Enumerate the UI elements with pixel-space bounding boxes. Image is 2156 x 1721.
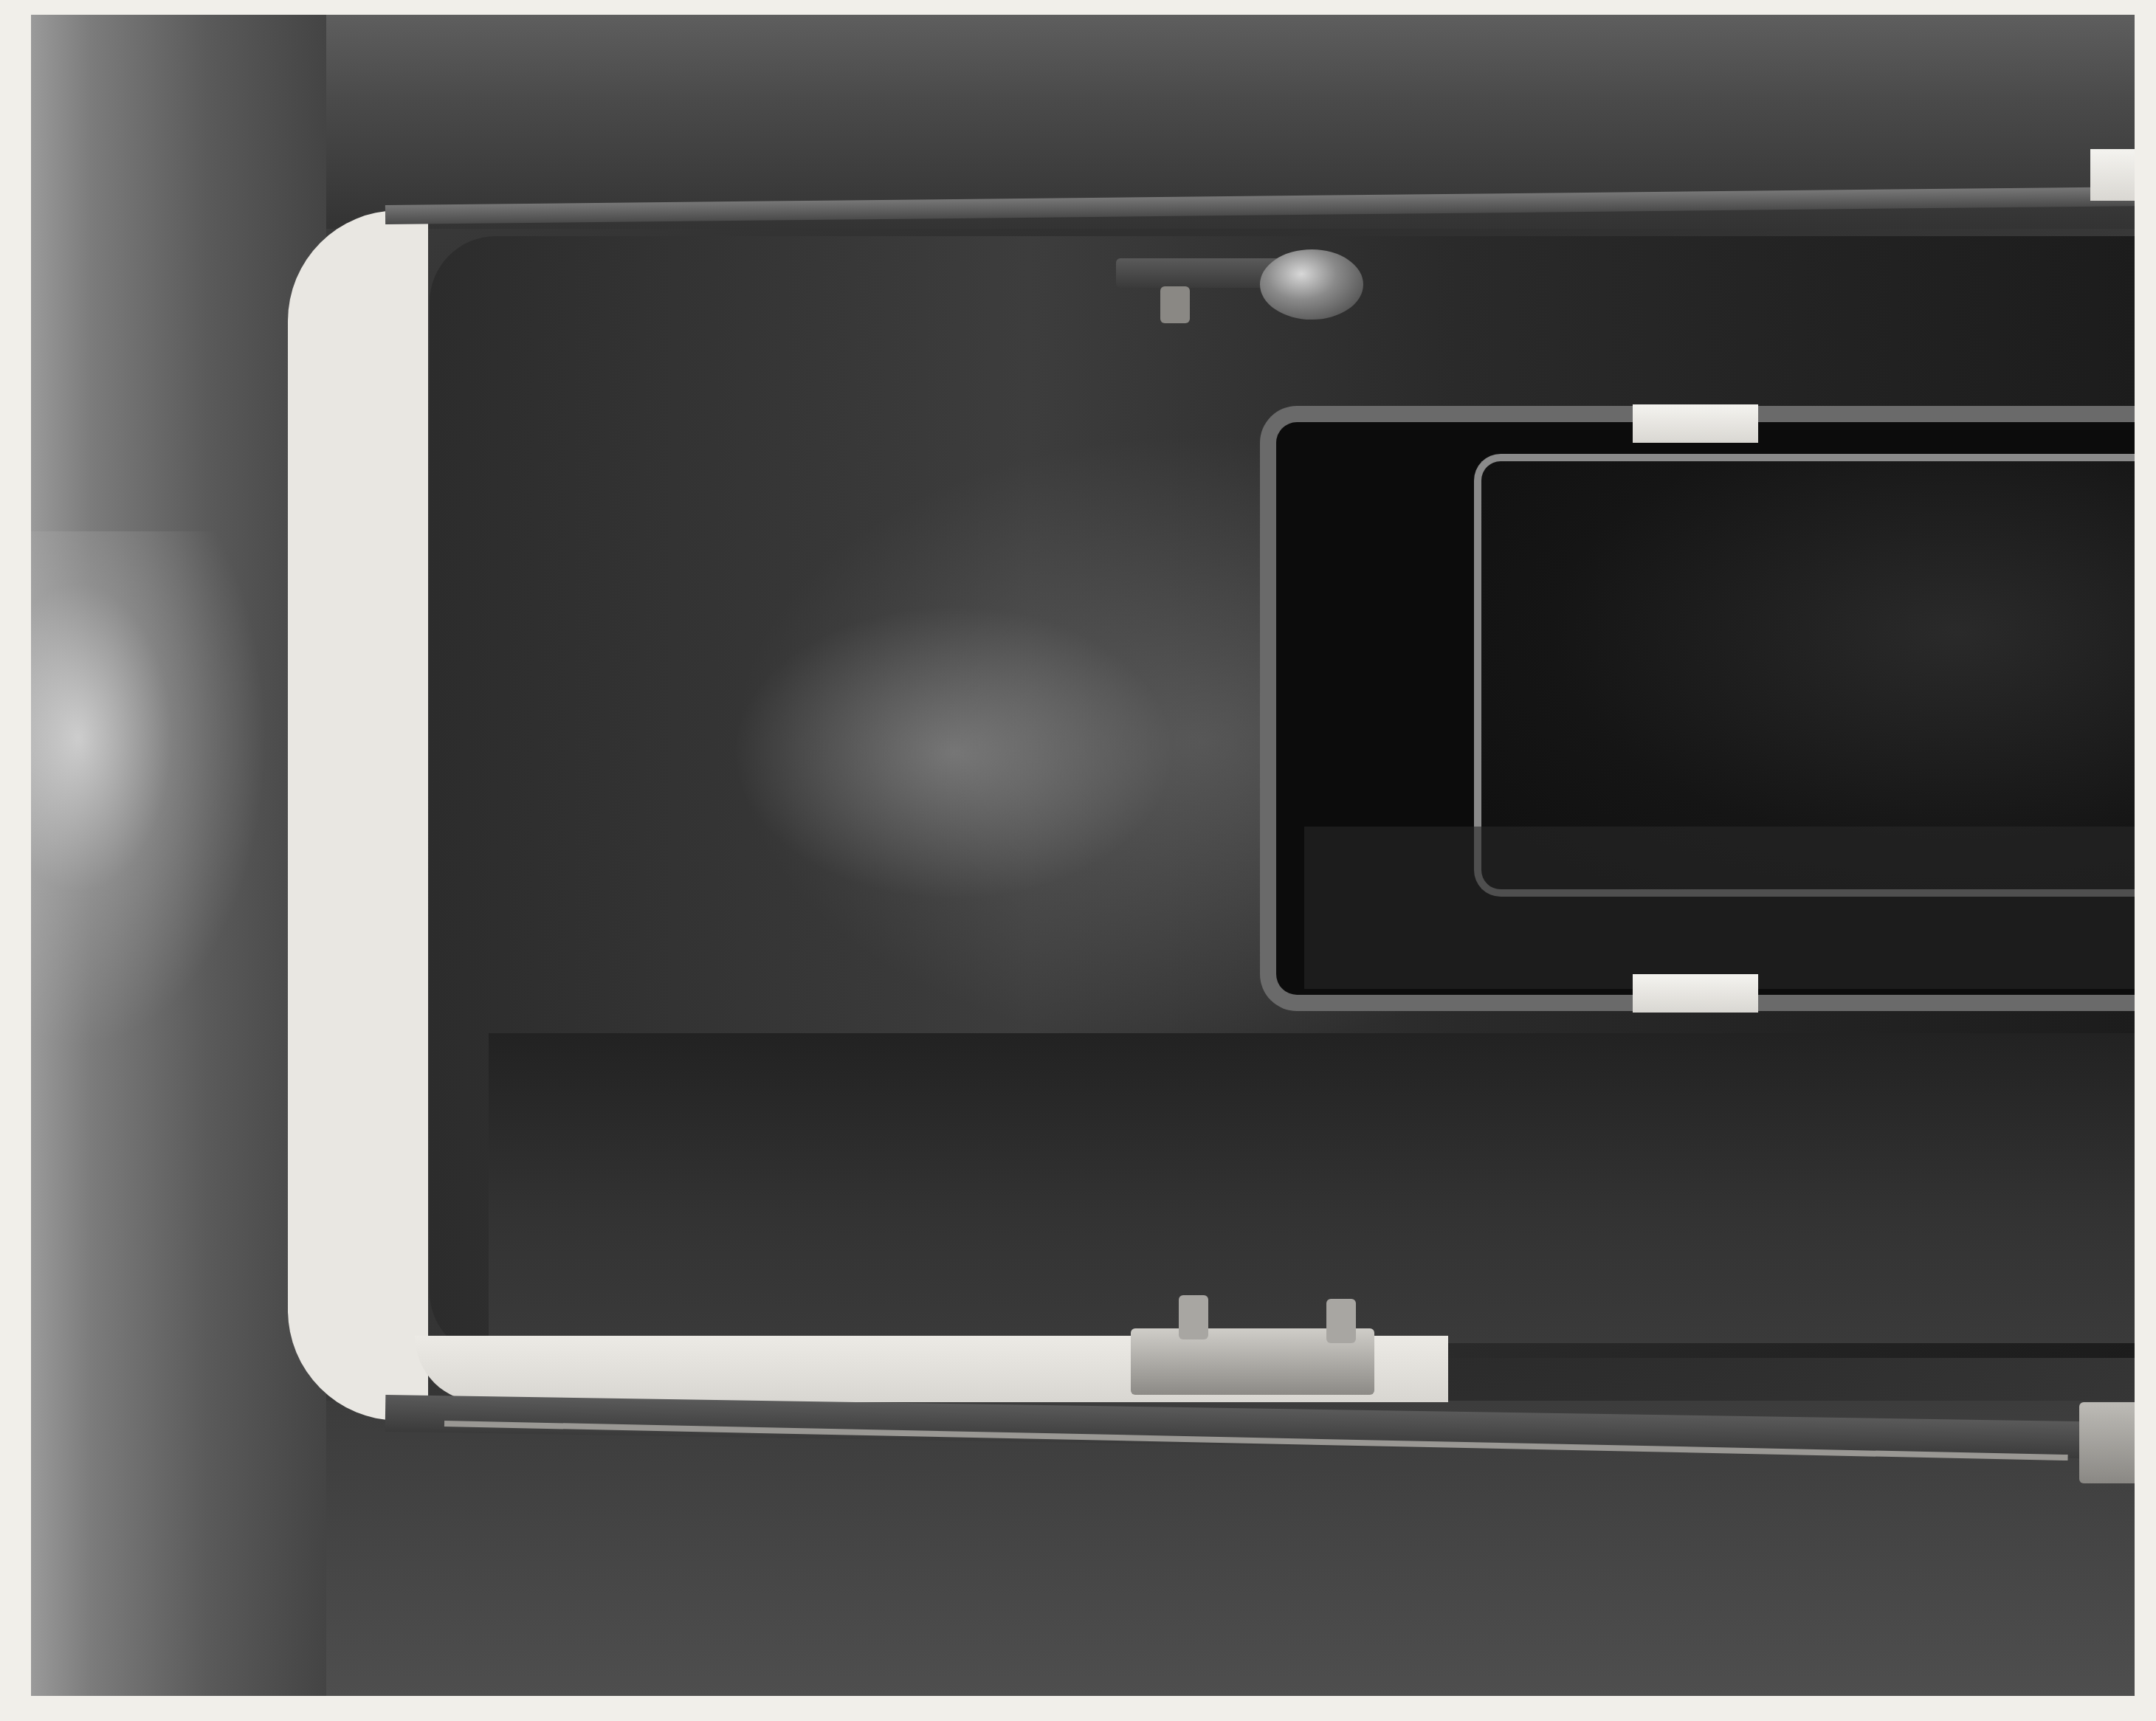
left-wall-reflection bbox=[31, 531, 267, 1048]
bottom-bolt-right bbox=[1326, 1299, 1356, 1343]
white-spacer-block-top bbox=[1633, 404, 1758, 443]
bottom-bolt-left bbox=[1179, 1295, 1208, 1339]
dome-nut bbox=[1260, 249, 1363, 320]
bottom-right-bracket bbox=[2079, 1402, 2135, 1483]
white-spacer-block-corner bbox=[2090, 149, 2135, 201]
white-gasket-frame bbox=[288, 210, 2135, 1421]
white-spacer-block-bottom bbox=[1633, 974, 1758, 1013]
duct-interior-photo bbox=[31, 15, 2135, 1696]
inner-wall-reflection bbox=[732, 605, 1175, 900]
top-bolt bbox=[1160, 286, 1190, 323]
